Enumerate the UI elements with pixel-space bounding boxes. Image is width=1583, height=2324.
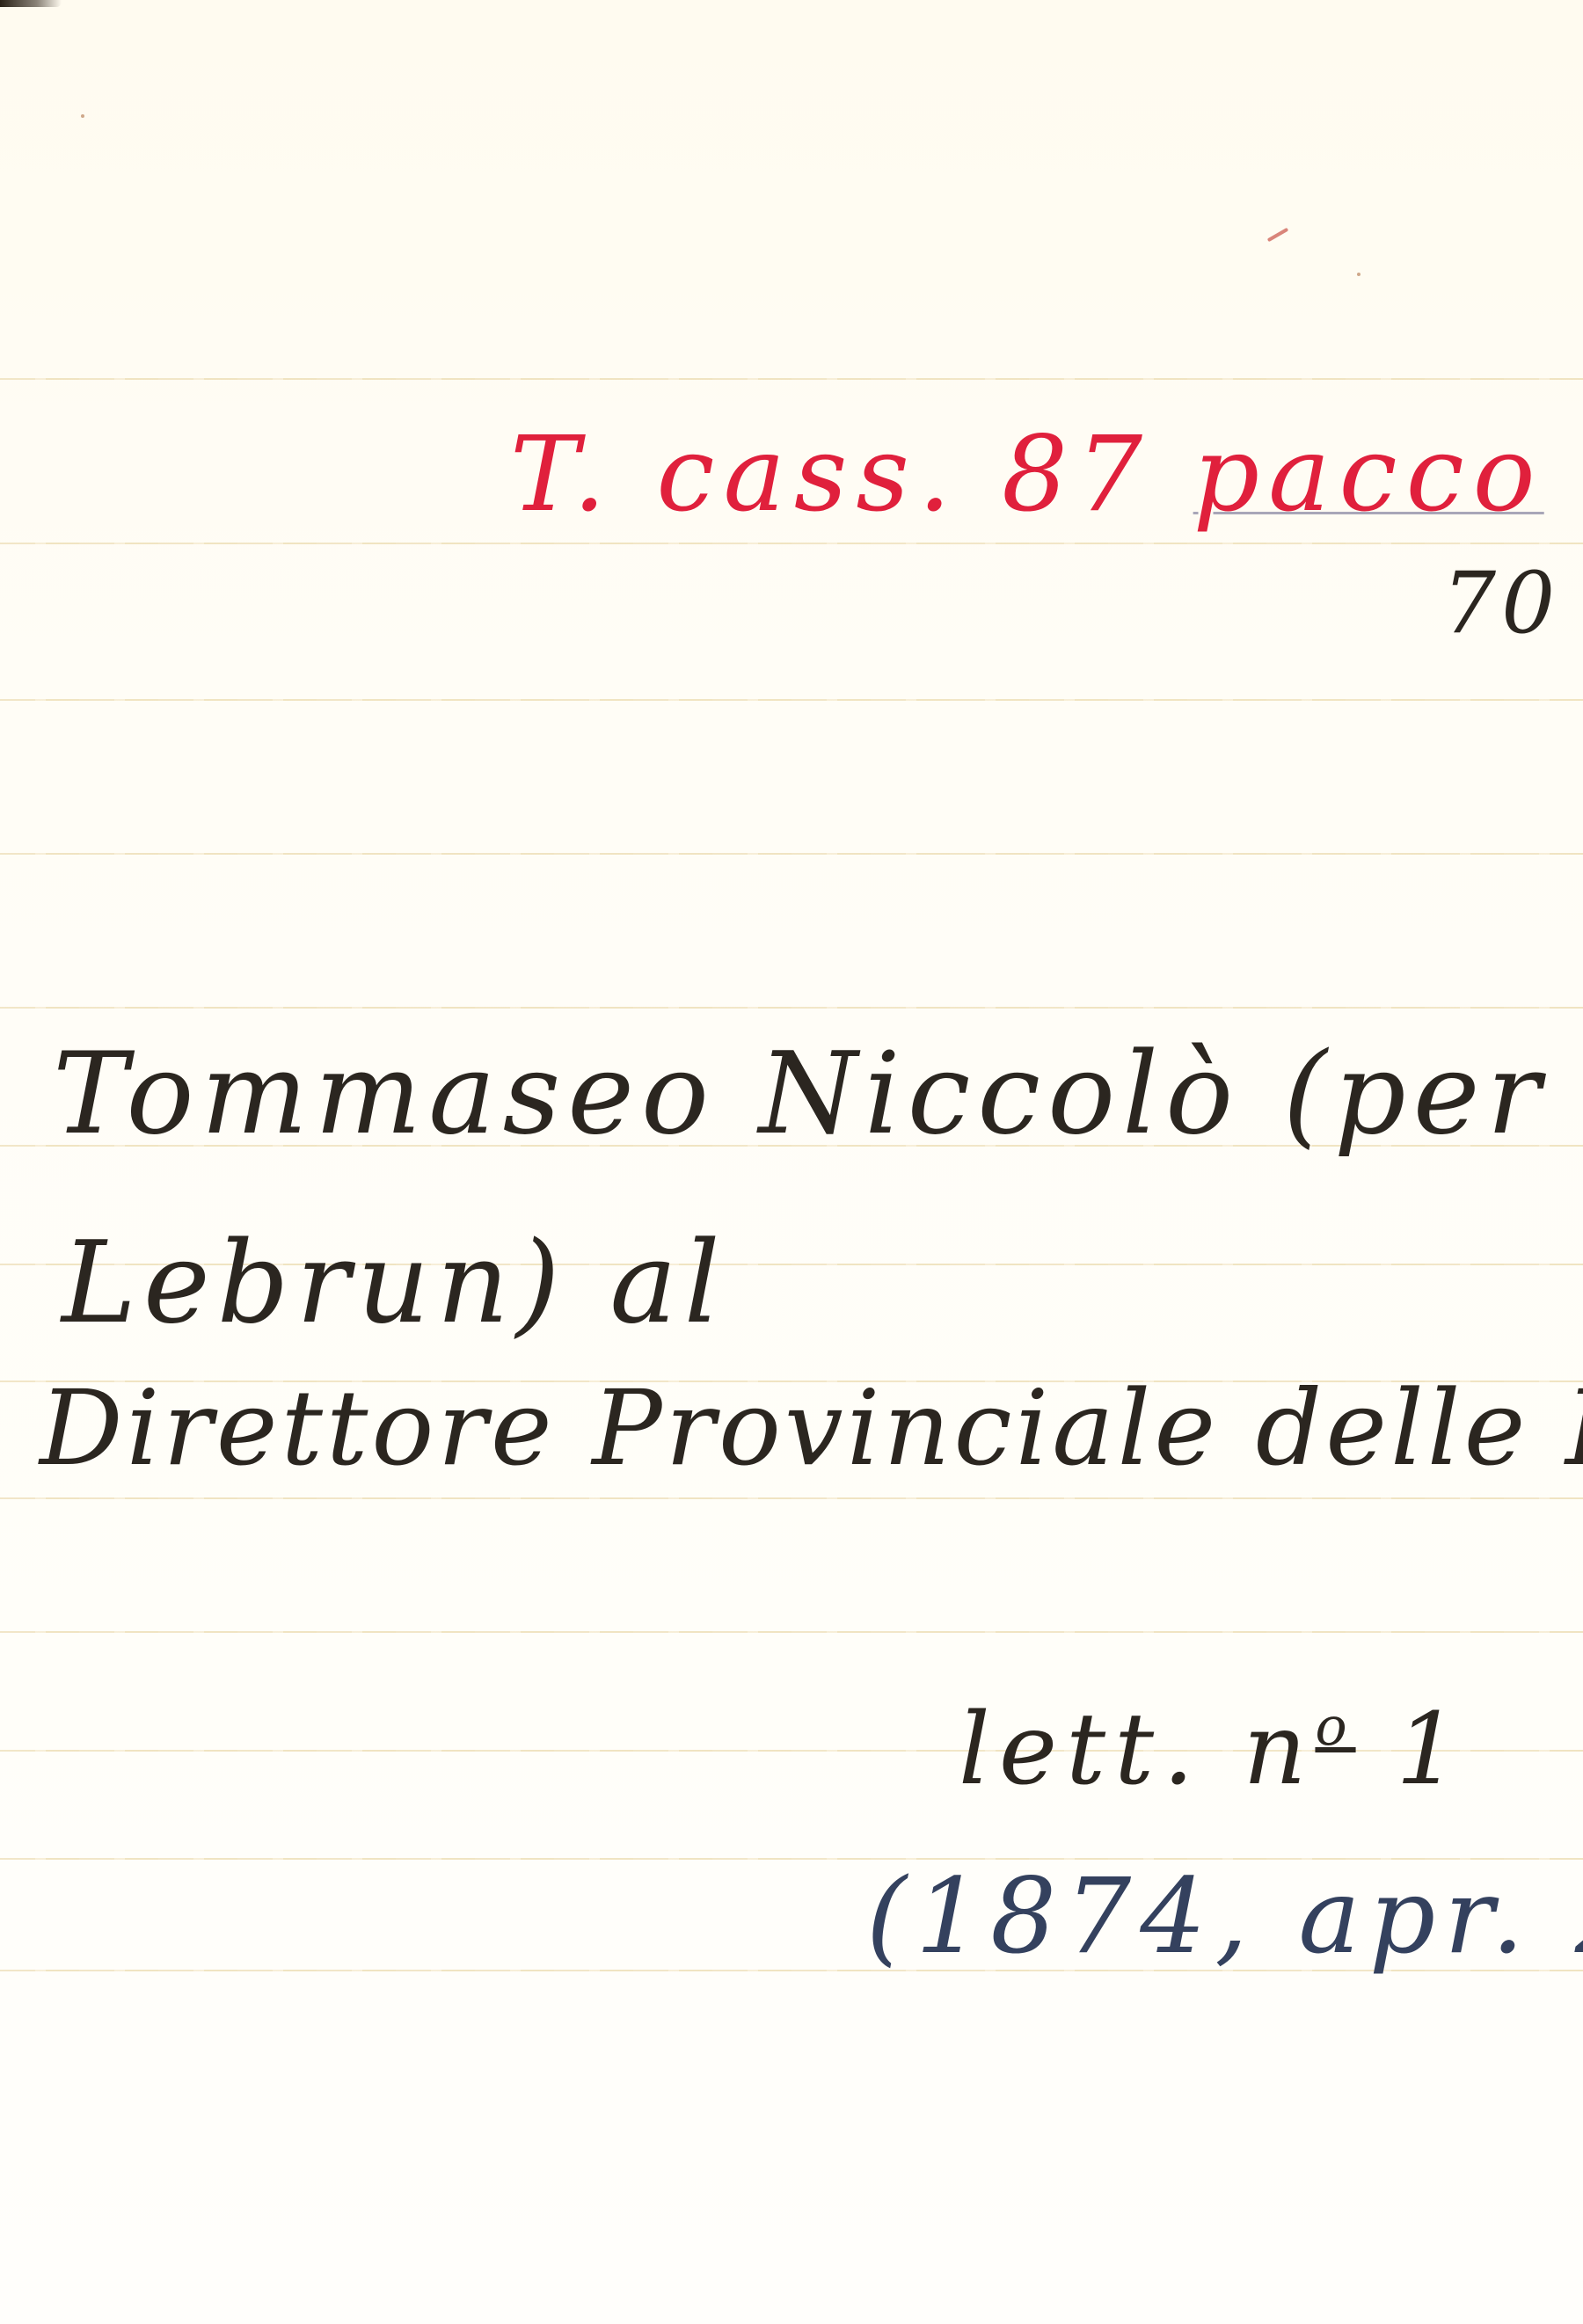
shelfmark-prefix: T. cass. 87	[510, 413, 1151, 535]
index-card: T. cass. 87 pacco 141:bis 70 Tommaseo Ni…	[0, 0, 1583, 2324]
paper-speck	[1357, 273, 1361, 276]
ruled-line	[0, 699, 1583, 701]
letter-ordinal-mark: o	[1315, 1696, 1355, 1758]
stray-red-mark	[1267, 228, 1289, 242]
paper-speck	[81, 114, 84, 118]
letter-number: lett. no 1	[959, 1693, 1467, 1807]
folio-number: 70	[1442, 554, 1560, 652]
shelfmark-pacco-label: pacco	[1193, 413, 1544, 535]
letter-date: (1874, apr. 26)	[866, 1855, 1583, 1977]
ruled-line	[0, 1497, 1583, 1499]
entry-line-author: Tommaseo Niccolò (per	[53, 1029, 1548, 1160]
ruled-line	[0, 378, 1583, 380]
letter-number-value: 1	[1396, 1693, 1467, 1807]
entry-line-recipient: Direttore Provinciale delle Poste	[40, 1367, 1583, 1489]
card-corner-shadow	[0, 0, 62, 7]
shelfmark: T. cass. 87 pacco 141:bis	[510, 413, 1583, 535]
ruled-line	[0, 853, 1583, 855]
entry-line-proxy: Lebrun) al	[62, 1218, 727, 1349]
ruled-line	[0, 1631, 1583, 1633]
ruled-line	[0, 1007, 1583, 1009]
letter-label: lett. n	[959, 1693, 1315, 1807]
ruled-line	[0, 543, 1583, 544]
